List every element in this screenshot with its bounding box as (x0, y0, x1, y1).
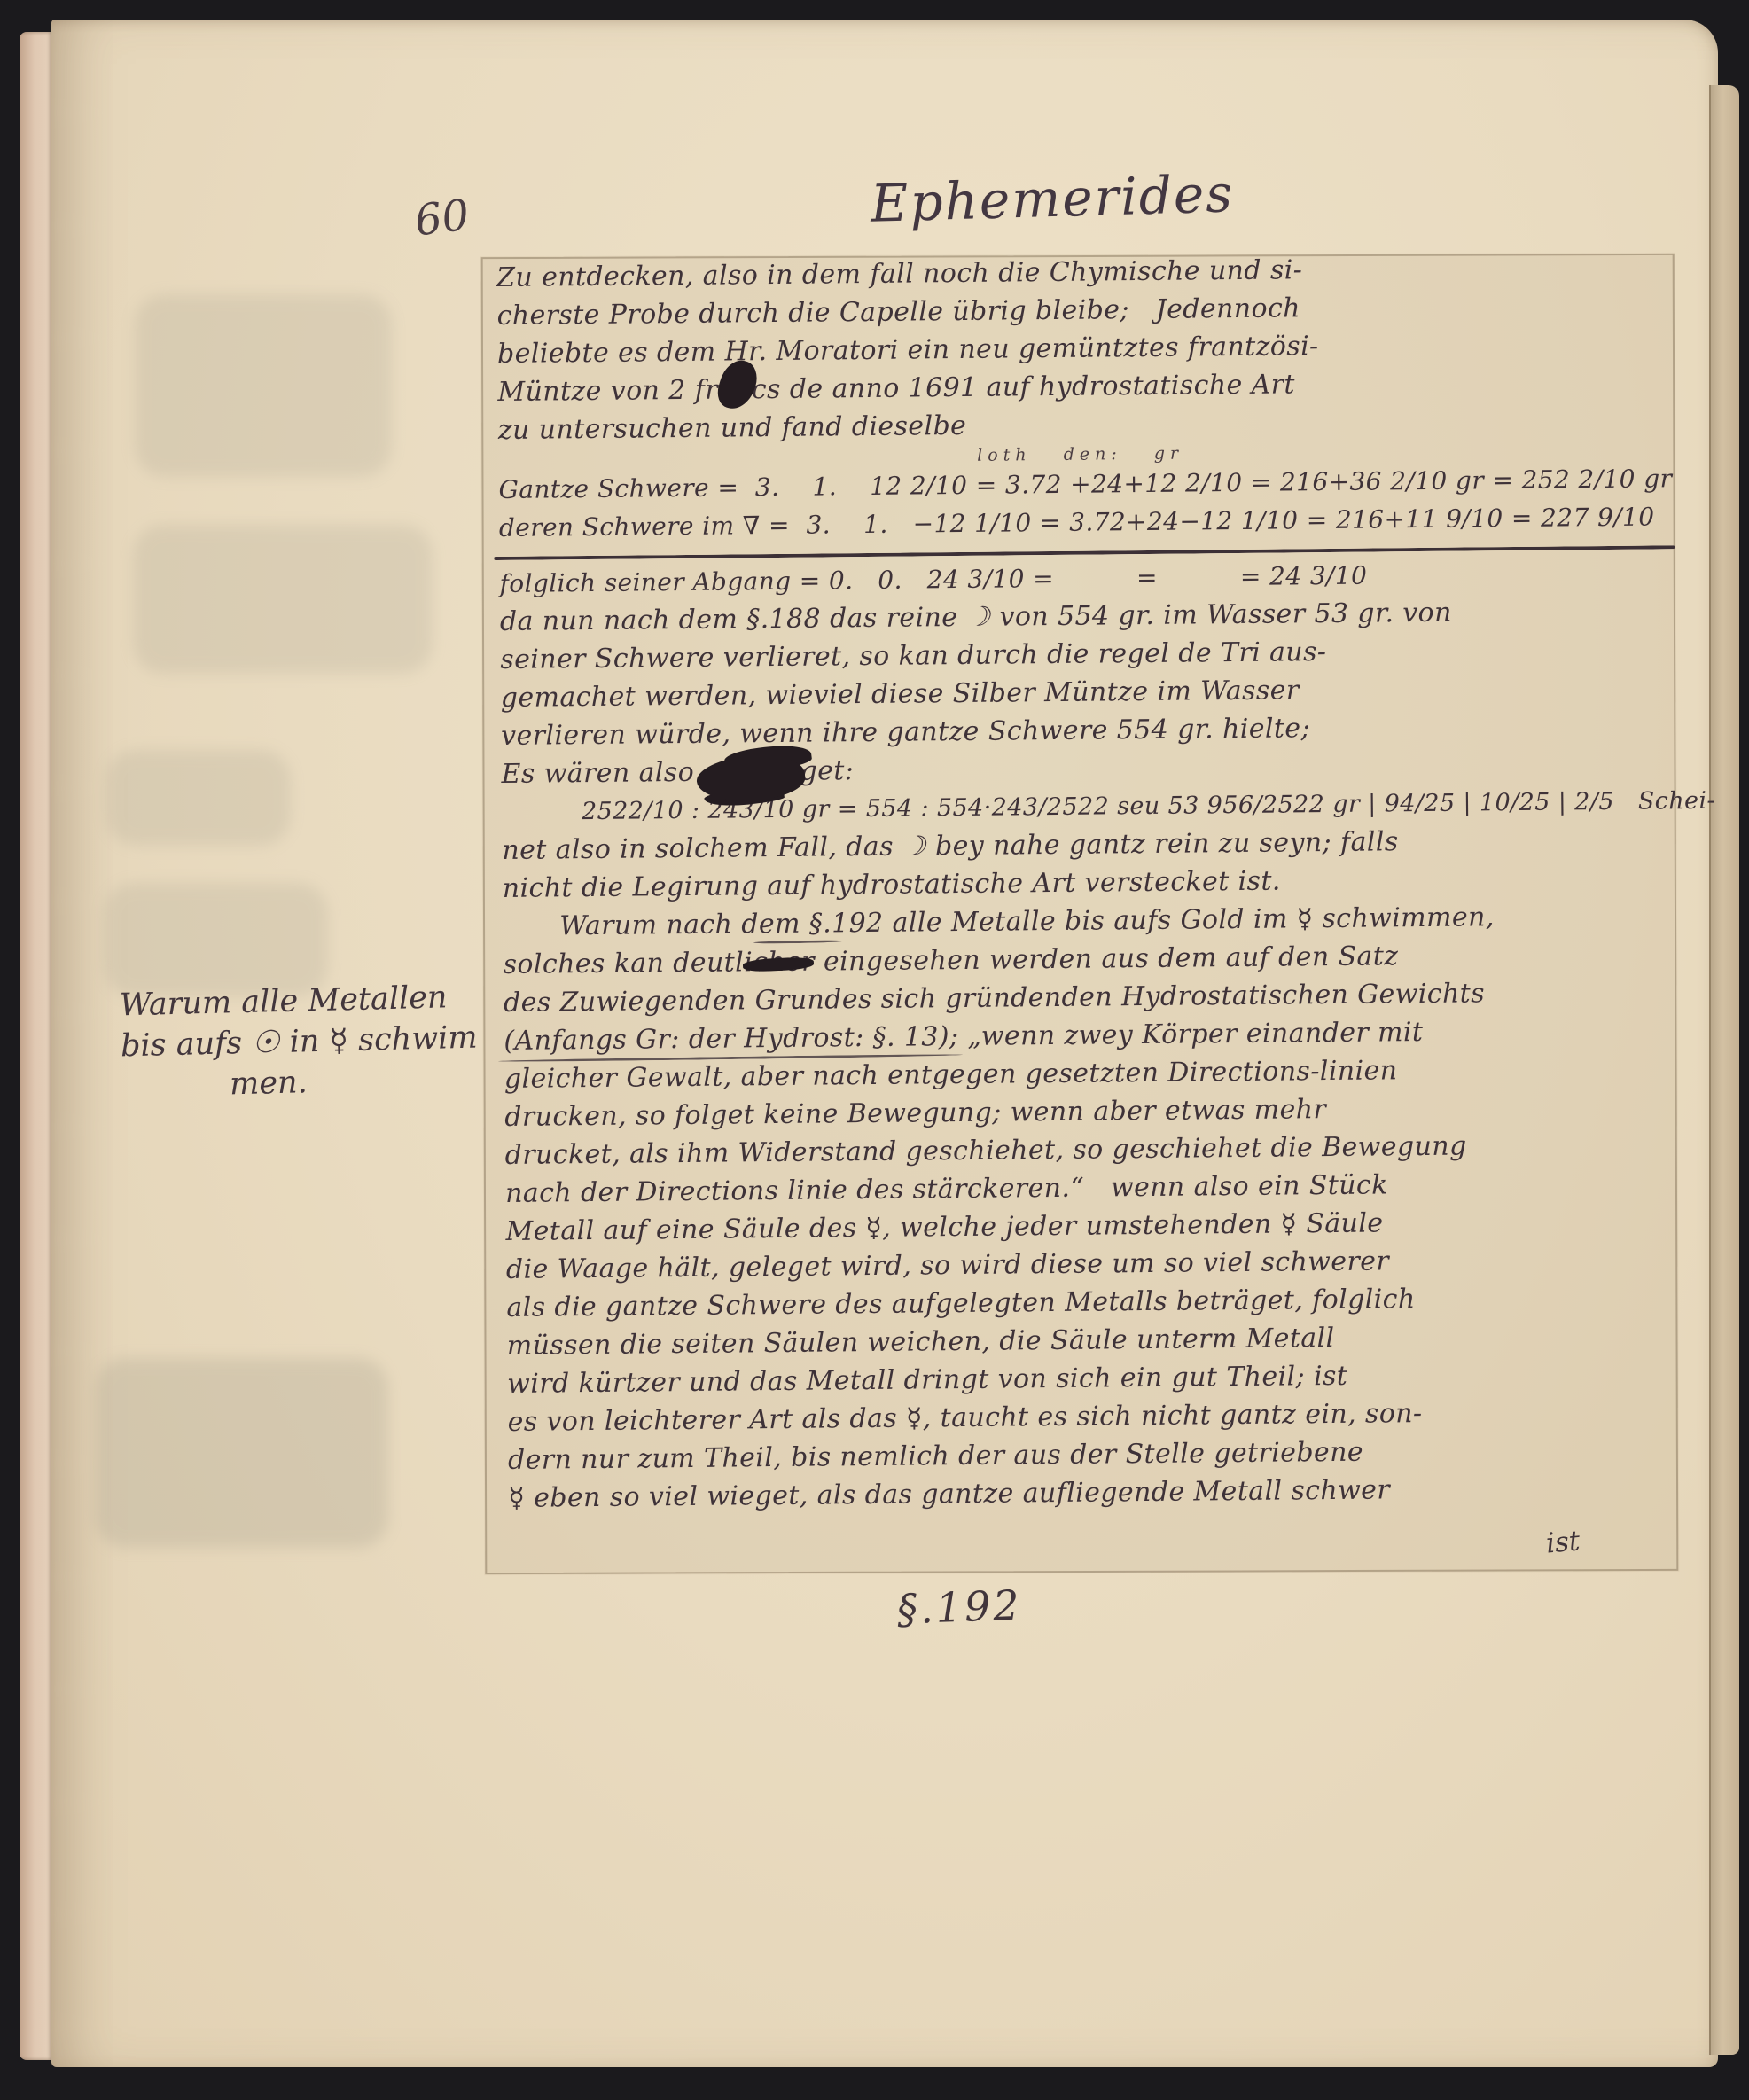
catchword: ist (1545, 1525, 1581, 1559)
book-fore-edge (1709, 85, 1739, 2055)
manuscript-scan: 60 Ephemerides Zu entdecken, also in dem… (0, 0, 1749, 2100)
page-number: 60 (412, 190, 472, 246)
section-footer: §.192 (896, 1581, 1022, 1634)
body-text: Zu entdecken, also in dem fall noch die … (496, 247, 1688, 1518)
bleedthrough-smudge (135, 294, 392, 477)
previous-page-edge (20, 32, 53, 2060)
page-title: Ephemerides (870, 163, 1235, 233)
margin-note: Warum alle Metallenbis aufs ☉ in ☿ schwi… (119, 976, 511, 1108)
bleedthrough-smudge (96, 1358, 388, 1548)
bleedthrough-smudge (133, 525, 433, 674)
bleedthrough-smudge (105, 883, 328, 996)
bleedthrough-smudge (106, 750, 291, 846)
